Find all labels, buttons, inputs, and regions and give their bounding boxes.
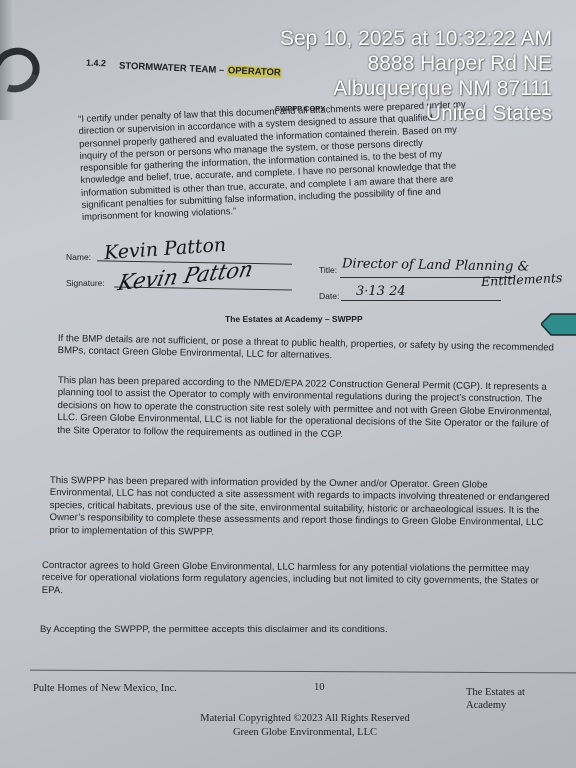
title-handwritten-line2: Entitlements (481, 270, 563, 289)
document-title: The Estates at Academy – SWPPP (225, 314, 363, 324)
footer-project: The Estates at Academy (466, 686, 546, 712)
paragraph-swppp-info: This SWPPP has been prepared with inform… (49, 475, 550, 542)
date-handwritten: 3·13 24 (356, 284, 406, 299)
page-number: 10 (314, 682, 325, 693)
paragraph-accepting: By Accepting the SWPPP, the permittee ac… (40, 624, 540, 636)
footer-copyright: Material Copyrighted ©2023 All Rights Re… (180, 712, 430, 740)
section-number: 1.4.2 (86, 58, 106, 69)
footer-company: Pulte Homes of New Mexico, Inc. (33, 683, 177, 694)
title-label: Title: (319, 265, 337, 275)
paragraph-bmp: If the BMP details are not sufficient, o… (58, 333, 558, 367)
name-label: Name: (66, 252, 91, 262)
paragraph-plan: This plan has been prepared according to… (57, 375, 558, 444)
document-photo: 1.4.2 STORMWATER TEAM – OPERATOR SWPPP C… (0, 0, 576, 768)
section-title-highlight: OPERATOR (227, 65, 282, 78)
stamp-address-line1: 8888 Harper Rd NE (280, 51, 552, 76)
copyright-line2: Green Globe Environmental, LLC (180, 726, 430, 740)
title-handwritten-line1: Director of Land Planning & (342, 256, 529, 274)
paragraph-contractor: Contractor agrees to hold Green Globe En… (42, 560, 542, 601)
photo-timestamp-overlay: Sep 10, 2025 at 10:32:22 AM 8888 Harper … (280, 26, 552, 126)
signature-block: Name: Kevin Patton Signature: Kevin Patt… (66, 248, 566, 318)
signature-label: Signature: (66, 278, 105, 288)
section-title: STORMWATER TEAM – OPERATOR (119, 60, 282, 78)
copyright-line1: Material Copyrighted ©2023 All Rights Re… (180, 712, 430, 726)
name-handwritten: Kevin Patton (103, 234, 226, 264)
date-label: Date: (319, 291, 339, 301)
section-title-text: STORMWATER TEAM – (119, 60, 227, 76)
stamp-country: United States (280, 101, 552, 126)
date-line (341, 300, 501, 301)
footer-divider (30, 670, 576, 674)
stamp-address-line2: Albuquerque NM 87111 (280, 76, 552, 101)
stamp-datetime: Sep 10, 2025 at 10:32:22 AM (280, 26, 552, 51)
binder-ring-icon (0, 40, 47, 100)
